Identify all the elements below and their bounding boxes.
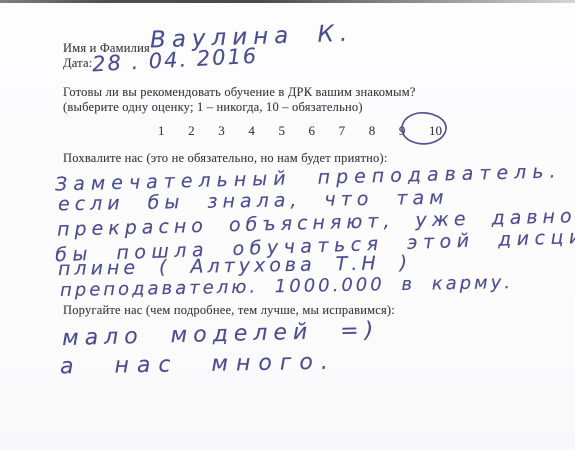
- rating-option-5: 5: [278, 123, 285, 139]
- critique-handwriting-line-2: а нас много.: [60, 350, 336, 380]
- critique-handwriting-line-1: мало моделей =): [62, 318, 380, 351]
- rating-option-1: 1: [158, 123, 165, 139]
- rating-option-10: 10: [429, 123, 442, 139]
- rating-hint: (выберите одну оценку; 1 – никогда, 10 –…: [63, 100, 363, 115]
- rating-option-7: 7: [339, 123, 346, 139]
- rating-scale: 1 2 3 4 5 6 7 8 9 10: [158, 123, 442, 139]
- praise-label: Похвалите нас (это не обязательно, но на…: [63, 151, 388, 166]
- rating-option-2: 2: [188, 123, 195, 139]
- date-label: Дата:: [63, 56, 92, 71]
- rating-option-8: 8: [369, 123, 376, 139]
- rating-option-4: 4: [248, 123, 255, 139]
- rating-option-3: 3: [218, 123, 225, 139]
- recommend-question: Готовы ли вы рекомендовать обучение в ДР…: [63, 85, 416, 100]
- critique-label: Поругайте нас (чем подробнее, тем лучше,…: [63, 303, 395, 318]
- rating-option-9: 9: [399, 123, 406, 139]
- rating-option-6: 6: [309, 123, 316, 139]
- scanned-feedback-form: Имя и Фамилия Ваулина К. Дата: 28 . 04. …: [0, 0, 575, 450]
- scan-edge-artifact: [0, 0, 575, 3]
